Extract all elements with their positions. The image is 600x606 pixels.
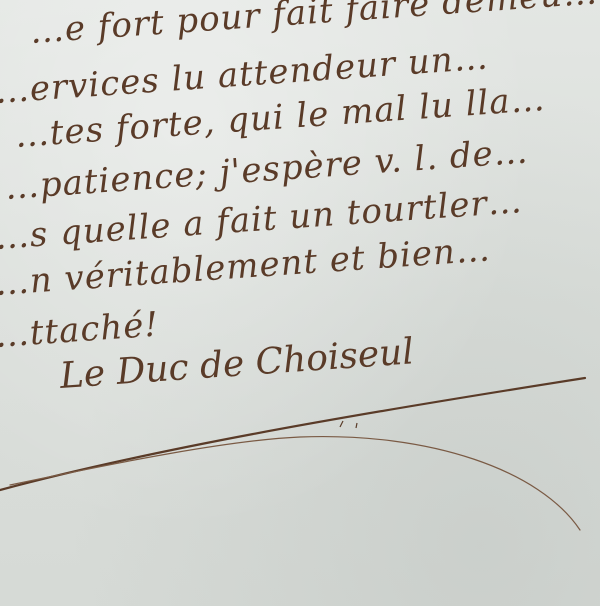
signature-flourish-icon	[0, 0, 600, 606]
letter-page: …e fort pour fait faire demeu… …ervices …	[0, 0, 600, 606]
